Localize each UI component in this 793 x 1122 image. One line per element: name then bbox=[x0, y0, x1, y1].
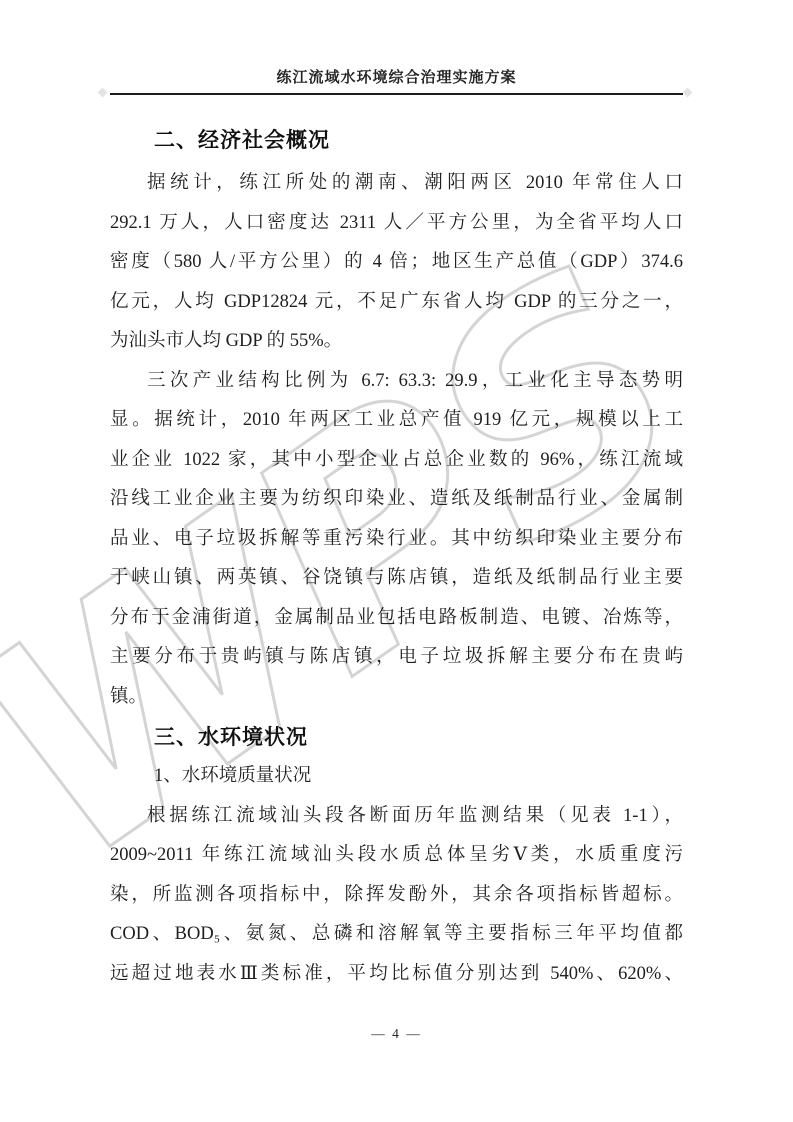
paragraph-line: 292.1 万人，人口密度达 2311 人／平方公里，为全省平均人口 bbox=[110, 204, 683, 244]
paragraph-line: 据统计，练江所处的潮南、潮阳两区 2010 年常住人口 bbox=[110, 164, 683, 204]
paragraph-line: 根据练江流域汕头段各断面历年监测结果（见表 1-1）， bbox=[110, 797, 683, 837]
section2-heading: 二、经济社会概况 bbox=[110, 116, 683, 164]
paragraph-line: 沿线工业企业主要为纺织印染业、造纸及纸制品行业、金属制 bbox=[110, 480, 683, 520]
paragraph-line: 显。据统计，2010 年两区工业总产值 919 亿元，规模以上工 bbox=[110, 401, 683, 441]
paragraph-line: 品业、电子垃圾拆解等重污染行业。其中纺织印染业主要分布 bbox=[110, 520, 683, 560]
paragraph-line: 远超过地表水Ⅲ类标准，平均比标值分别达到 540%、620%、 bbox=[110, 955, 683, 995]
paragraph-line: 于峡山镇、两英镇、谷饶镇与陈店镇，造纸及纸制品行业主要 bbox=[110, 559, 683, 599]
paragraph-line: 三次产业结构比例为 6.7: 63.3: 29.9，工业化主导态势明 bbox=[110, 362, 683, 402]
section3-subheading: 1、水环境质量状况 bbox=[110, 757, 683, 797]
paragraph-line: 为汕头市人均 GDP 的 55%。 bbox=[110, 322, 683, 362]
paragraph-line: 染，所监测各项指标中，除挥发酚外，其余各项指标皆超标。 bbox=[110, 876, 683, 916]
paragraph-line: 2009~2011 年练江流域汕头段水质总体呈劣Ⅴ类，水质重度污 bbox=[110, 836, 683, 876]
paragraph-line: 密度（580 人/平方公里）的 4 倍；地区生产总值（GDP）374.6 bbox=[110, 243, 683, 283]
document-page: WPS 练江流域水环境综合治理实施方案 二、经济社会概况 据统计，练江所处的潮南… bbox=[0, 0, 793, 1122]
section3-heading: 三、水环境状况 bbox=[110, 717, 683, 757]
paragraph-line: 主要分布于贵屿镇与陈店镇，电子垃圾拆解主要分布在贵屿 bbox=[110, 638, 683, 678]
paragraph-line: 镇。 bbox=[110, 678, 683, 718]
paragraph-line: 亿元，人均 GDP12824 元，不足广东省人均 GDP 的三分之一， bbox=[110, 283, 683, 323]
page-number: — 4 — bbox=[0, 1026, 793, 1042]
header-rule bbox=[110, 93, 683, 95]
paragraph-line: 业企业 1022 家，其中小型企业占总企业数的 96%，练江流域 bbox=[110, 441, 683, 481]
document-body: 二、经济社会概况 据统计，练江所处的潮南、潮阳两区 2010 年常住人口 292… bbox=[110, 116, 683, 994]
page-header-title: 练江流域水环境综合治理实施方案 bbox=[0, 66, 793, 87]
paragraph-line: COD、BOD₅、氨氮、总磷和溶解氧等主要指标三年平均值都 bbox=[110, 915, 683, 955]
paragraph-line: 分布于金浦街道，金属制品业包括电路板制造、电镀、冶炼等， bbox=[110, 599, 683, 639]
